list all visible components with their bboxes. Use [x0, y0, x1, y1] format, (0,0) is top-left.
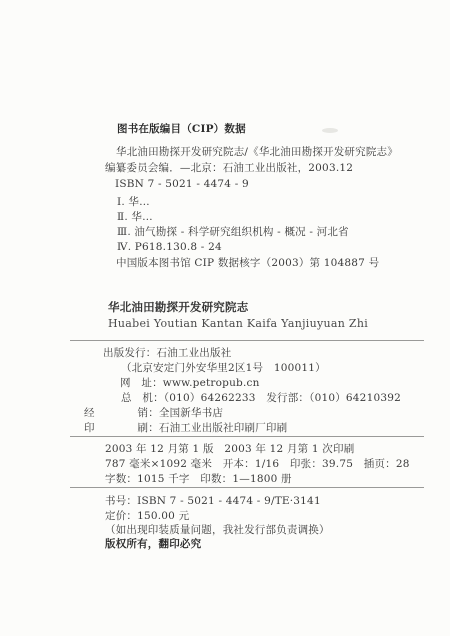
price-row: 定价：150.00 元	[105, 510, 189, 523]
cip-index-item-2: Ⅱ. 华…	[117, 211, 153, 224]
cip-isbn: ISBN 7 - 5021 - 4474 - 9	[115, 178, 249, 191]
scan-smudge	[322, 128, 338, 133]
divider-rule-1	[70, 340, 424, 341]
publisher-phone-row: 总 机：（010）64262233 发行部：（010）64210392	[121, 392, 401, 405]
format-row: 787 毫米×1092 毫米 开本：1/16 印张：39.75 插页：28	[105, 458, 410, 471]
publisher-address-row: （北京安定门外安华里2区1号 100011）	[121, 362, 326, 375]
cip-index-item-3: Ⅲ. 油气勘探 - 科学研究组织机构 - 概况 - 河北省	[117, 226, 349, 239]
booknumber-row: 书号：ISBN 7 - 5021 - 4474 - 9/TE·3141	[105, 495, 321, 508]
cip-index-item-1: Ⅰ. 华…	[117, 196, 150, 209]
divider-rule-2	[70, 436, 424, 437]
cip-heading: 图书在版编目（CIP）数据	[117, 123, 246, 136]
copyright-notice: 版权所有，翻印必究	[105, 538, 201, 551]
quality-note-row: （如出现印装质量问题，我社发行部负责调换）	[105, 524, 330, 537]
book-title-pinyin: Huabei Youtian Kantan Kaifa Yanjiuyuan Z…	[108, 317, 368, 330]
publisher-row: 出版发行：石油工业出版社	[103, 347, 231, 360]
cip-entry-line-1: 华北油田勘探开发研究院志/《华北油田勘探开发研究院志》	[116, 146, 398, 159]
distribution-row: 经 销：全国新华书店	[84, 407, 223, 420]
printing-row: 印 刷：石油工业出版社印刷厂印刷	[84, 422, 287, 435]
divider-rule-3	[70, 487, 424, 488]
publisher-website-row: 网 址：www.petropub.cn	[120, 377, 260, 390]
book-title-chinese: 华北油田勘探开发研究院志	[108, 301, 248, 314]
cip-record-number: 中国版本图书馆 CIP 数据核字（2003）第 104887 号	[116, 257, 379, 270]
edition-row: 2003 年 12 月第 1 版 2003 年 12 月第 1 次印刷	[105, 443, 354, 456]
cip-entry-line-2: 编纂委员会编．—北京：石油工业出版社，2003.12	[105, 162, 353, 175]
cip-index-item-4: Ⅳ. P618.130.8 - 24	[117, 241, 222, 254]
wordcount-row: 字数：1015 千字 印数：1—1800 册	[105, 473, 292, 486]
book-copyright-page: 图书在版编目（CIP）数据 华北油田勘探开发研究院志/《华北油田勘探开发研究院志…	[0, 0, 450, 636]
